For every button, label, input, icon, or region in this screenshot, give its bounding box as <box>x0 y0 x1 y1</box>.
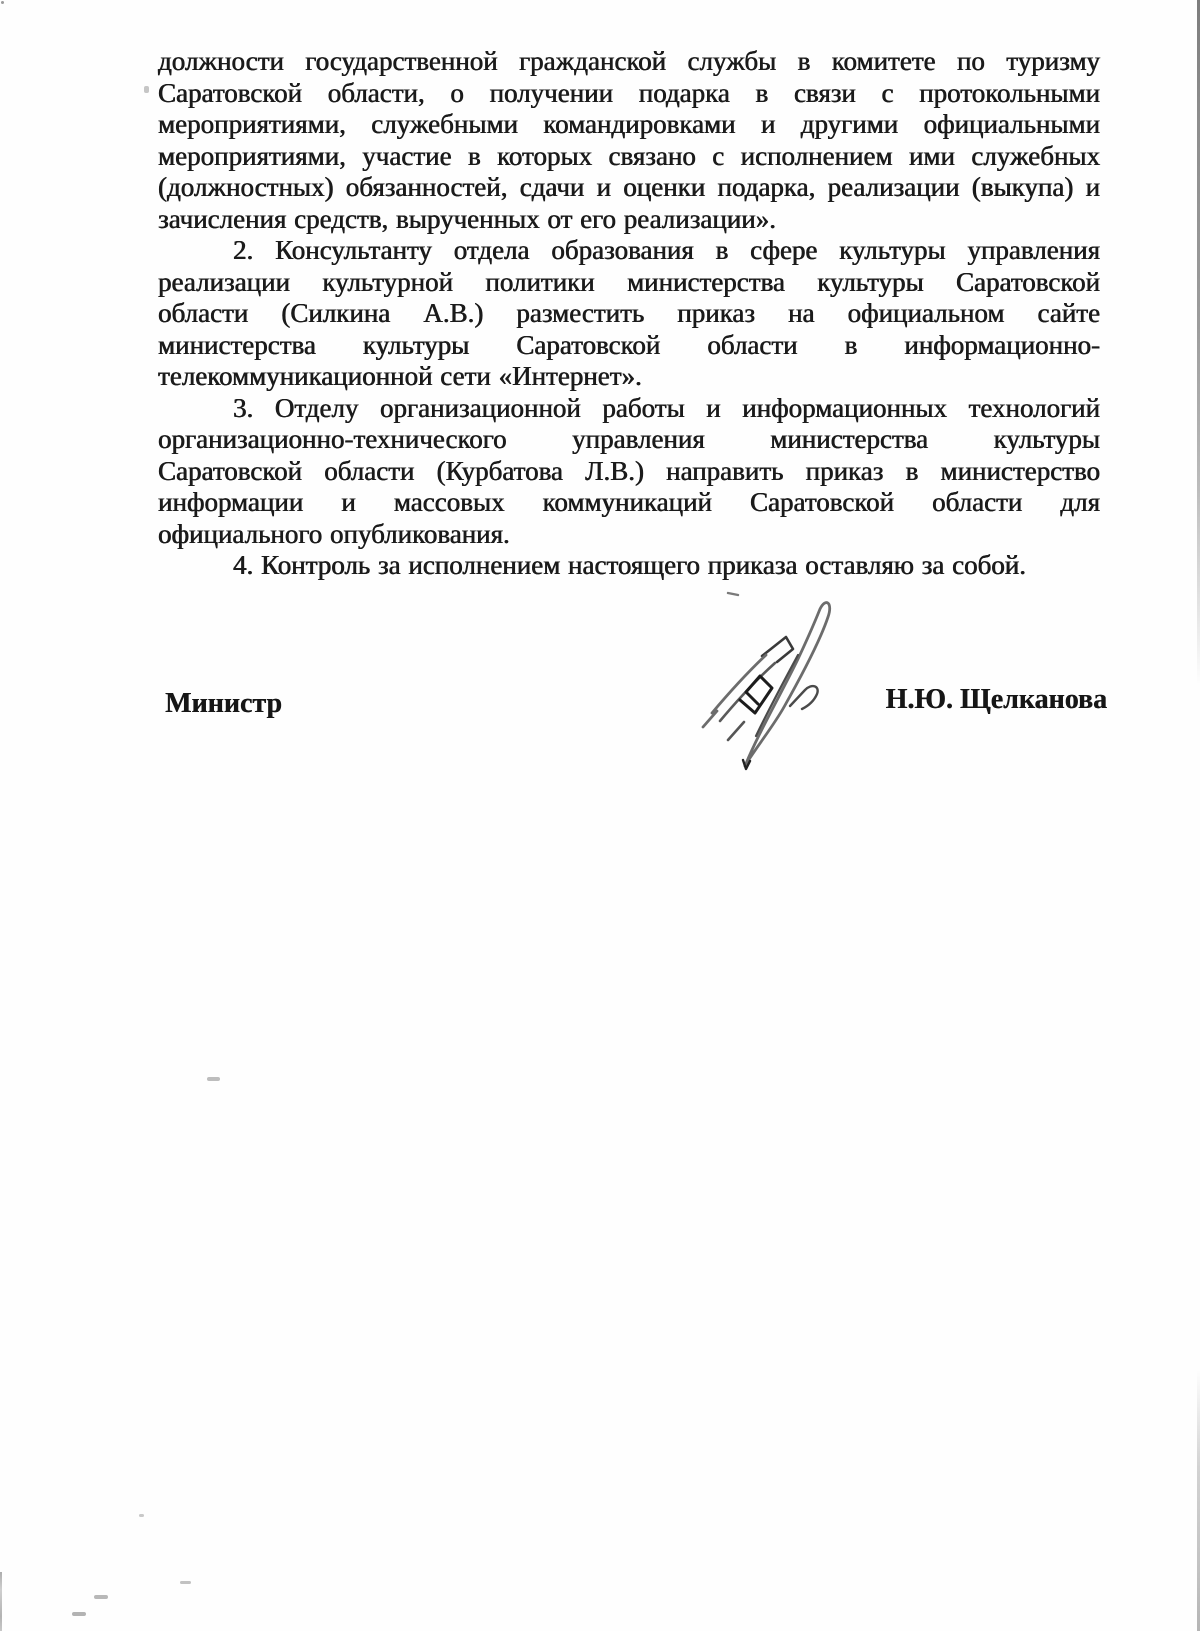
scanned-document-page: должности государственной гражданской сл… <box>0 0 1200 1631</box>
document-text-line: реализации культурной политики министерс… <box>158 267 1100 299</box>
document-text-line: мероприятиями, служебными командировками… <box>158 109 1100 141</box>
document-text-line: Саратовской области (Курбатова Л.В.) нап… <box>158 456 1100 488</box>
document-text-line: официального опубликования. <box>158 519 1100 551</box>
document-text-line: мероприятиями, участие в которых связано… <box>158 141 1100 173</box>
document-text-line: информации и массовых коммуникаций Сарат… <box>158 487 1100 519</box>
scan-speck <box>94 1595 108 1599</box>
scan-speck <box>72 1612 86 1616</box>
signer-position-label: Министр <box>165 688 282 720</box>
scan-speck <box>144 86 149 93</box>
document-text-line: 3. Отделу организационной работы и инфор… <box>158 393 1100 425</box>
scan-speck <box>180 1581 191 1584</box>
document-body: должности государственной гражданской сл… <box>158 46 1100 582</box>
document-text-line: должности государственной гражданской сл… <box>158 46 1100 78</box>
document-text-line: организационно-технического управления м… <box>158 424 1100 456</box>
document-text-line: 4. Контроль за исполнением настоящего пр… <box>158 550 1100 582</box>
document-text-line: (должностных) обязанностей, сдачи и оцен… <box>158 172 1100 204</box>
scan-speck <box>139 1514 144 1517</box>
scan-edge-line-left <box>0 1572 2 1631</box>
document-text-line: Саратовской области, о получении подарка… <box>158 78 1100 110</box>
scan-speck <box>1 1 4 4</box>
document-text-line: зачисления средств, вырученных от его ре… <box>158 204 1100 236</box>
document-text-line: области (Силкина А.В.) разместить приказ… <box>158 298 1100 330</box>
signatory-name: Н.Ю. Щелканова <box>886 684 1107 716</box>
scan-speck <box>207 1077 220 1081</box>
document-text-line: министерства культуры Саратовской област… <box>158 330 1100 362</box>
document-text-line: 2. Консультанту отдела образования в сфе… <box>158 235 1100 267</box>
document-text-line: телекоммуникационной сети «Интернет». <box>158 361 1100 393</box>
handwritten-signature-icon <box>690 582 840 777</box>
